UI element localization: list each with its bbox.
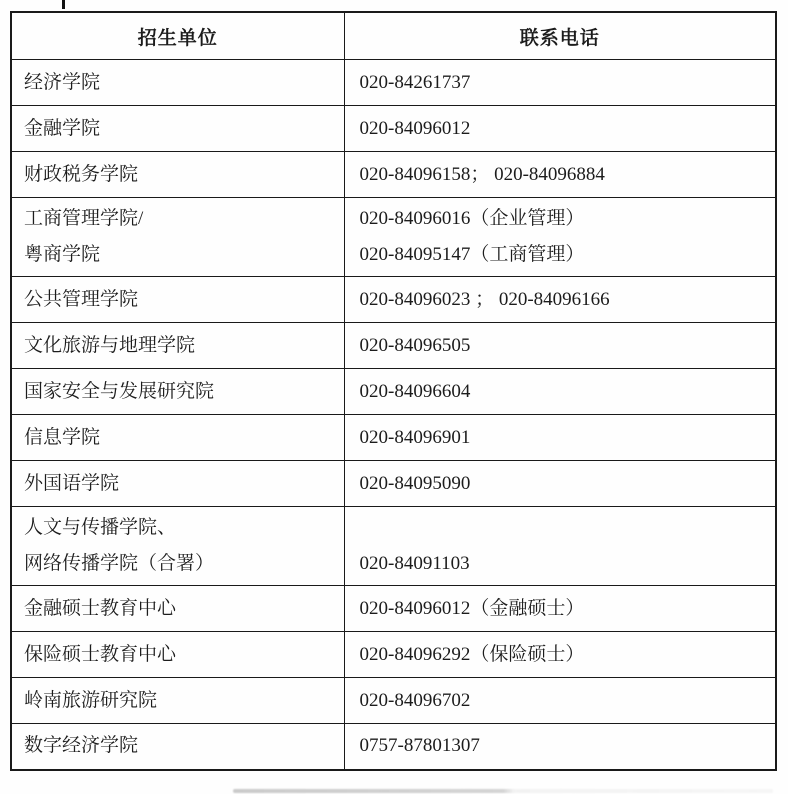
unit-text: 公共管理学院	[24, 282, 343, 318]
unit-text: 文化旅游与地理学院	[24, 328, 343, 364]
phone-text: 020-84096016（企业管理）	[360, 201, 775, 237]
phone-text: 020-84261737	[360, 65, 775, 101]
unit-cell: 文化旅游与地理学院	[11, 323, 344, 369]
table-row: 保险硕士教育中心020-84096292（保险硕士）	[11, 632, 776, 678]
table-row: 外国语学院020-84095090	[11, 461, 776, 507]
table-row: 公共管理学院020-84096023 ； 020-84096166	[11, 277, 776, 323]
unit-text: 工商管理学院/	[24, 201, 343, 237]
phone-text: 020-84091103	[360, 546, 775, 582]
unit-cell: 金融学院	[11, 106, 344, 152]
phone-text: 020-84096702	[360, 683, 775, 719]
unit-text: 信息学院	[24, 420, 343, 456]
phone-cell: 020-84261737	[344, 60, 776, 106]
unit-cell: 财政税务学院	[11, 152, 344, 198]
unit-cell: 公共管理学院	[11, 277, 344, 323]
table-row: 人文与传播学院、网络传播学院（合署）020-84091103	[11, 507, 776, 586]
table-row: 财政税务学院020-84096158； 020-84096884	[11, 152, 776, 198]
phone-text	[360, 510, 775, 546]
phone-cell: 020-84096023 ； 020-84096166	[344, 277, 776, 323]
table-row: 工商管理学院/粤商学院020-84096016（企业管理）020-8409514…	[11, 198, 776, 277]
phone-cell: 0757-87801307	[344, 724, 776, 770]
table-row: 经济学院020-84261737	[11, 60, 776, 106]
header-phone: 联系电话	[344, 12, 776, 60]
phone-cell: 020-84096012	[344, 106, 776, 152]
unit-cell: 外国语学院	[11, 461, 344, 507]
unit-cell: 金融硕士教育中心	[11, 586, 344, 632]
table-row: 文化旅游与地理学院020-84096505	[11, 323, 776, 369]
table-row: 信息学院020-84096901	[11, 415, 776, 461]
unit-cell: 数字经济学院	[11, 724, 344, 770]
table-header-row: 招生单位 联系电话	[11, 12, 776, 60]
scan-smudge-artifact	[233, 789, 773, 793]
phone-text: 020-84096604	[360, 374, 775, 410]
unit-text: 经济学院	[24, 65, 343, 101]
unit-text: 数字经济学院	[24, 728, 343, 764]
unit-cell: 岭南旅游研究院	[11, 678, 344, 724]
unit-cell: 信息学院	[11, 415, 344, 461]
phone-text: 020-84096012（金融硕士）	[360, 591, 775, 627]
phone-cell: 020-84096901	[344, 415, 776, 461]
document-page: 招生单位 联系电话 经济学院020-84261737金融学院020-840960…	[0, 0, 788, 794]
unit-text: 金融学院	[24, 111, 343, 147]
unit-text: 国家安全与发展研究院	[24, 374, 343, 410]
table-row: 国家安全与发展研究院020-84096604	[11, 369, 776, 415]
phone-text: 020-84096012	[360, 111, 775, 147]
phone-cell: 020-84096292（保险硕士）	[344, 632, 776, 678]
unit-text: 保险硕士教育中心	[24, 637, 343, 673]
unit-cell: 国家安全与发展研究院	[11, 369, 344, 415]
phone-text: 020-84095090	[360, 466, 775, 502]
table-row: 数字经济学院0757-87801307	[11, 724, 776, 770]
phone-cell: 020-84096604	[344, 369, 776, 415]
admissions-contact-table: 招生单位 联系电话 经济学院020-84261737金融学院020-840960…	[10, 11, 777, 771]
text-cursor-artifact	[62, 0, 65, 9]
phone-cell: 020-84096505	[344, 323, 776, 369]
phone-cell: 020-84091103	[344, 507, 776, 586]
phone-text: 020-84096158； 020-84096884	[360, 157, 775, 193]
phone-cell: 020-84096158； 020-84096884	[344, 152, 776, 198]
phone-text: 020-84096505	[360, 328, 775, 364]
unit-cell: 人文与传播学院、网络传播学院（合署）	[11, 507, 344, 586]
phone-cell: 020-84095090	[344, 461, 776, 507]
header-unit: 招生单位	[11, 12, 344, 60]
unit-text: 金融硕士教育中心	[24, 591, 343, 627]
phone-text: 0757-87801307	[360, 728, 775, 764]
phone-text: 020-84096292（保险硕士）	[360, 637, 775, 673]
unit-cell: 保险硕士教育中心	[11, 632, 344, 678]
phone-cell: 020-84096702	[344, 678, 776, 724]
phone-text: 020-84096023 ； 020-84096166	[360, 282, 775, 318]
unit-cell: 经济学院	[11, 60, 344, 106]
unit-text: 岭南旅游研究院	[24, 683, 343, 719]
table-row: 金融硕士教育中心020-84096012（金融硕士）	[11, 586, 776, 632]
phone-text: 020-84095147（工商管理）	[360, 237, 775, 273]
unit-text: 网络传播学院（合署）	[24, 546, 343, 582]
unit-text: 财政税务学院	[24, 157, 343, 193]
phone-cell: 020-84096016（企业管理）020-84095147（工商管理）	[344, 198, 776, 277]
table-row: 岭南旅游研究院020-84096702	[11, 678, 776, 724]
unit-text: 人文与传播学院、	[24, 510, 343, 546]
table-row: 金融学院020-84096012	[11, 106, 776, 152]
unit-cell: 工商管理学院/粤商学院	[11, 198, 344, 277]
unit-text: 外国语学院	[24, 466, 343, 502]
phone-cell: 020-84096012（金融硕士）	[344, 586, 776, 632]
phone-text: 020-84096901	[360, 420, 775, 456]
unit-text: 粤商学院	[24, 237, 343, 273]
